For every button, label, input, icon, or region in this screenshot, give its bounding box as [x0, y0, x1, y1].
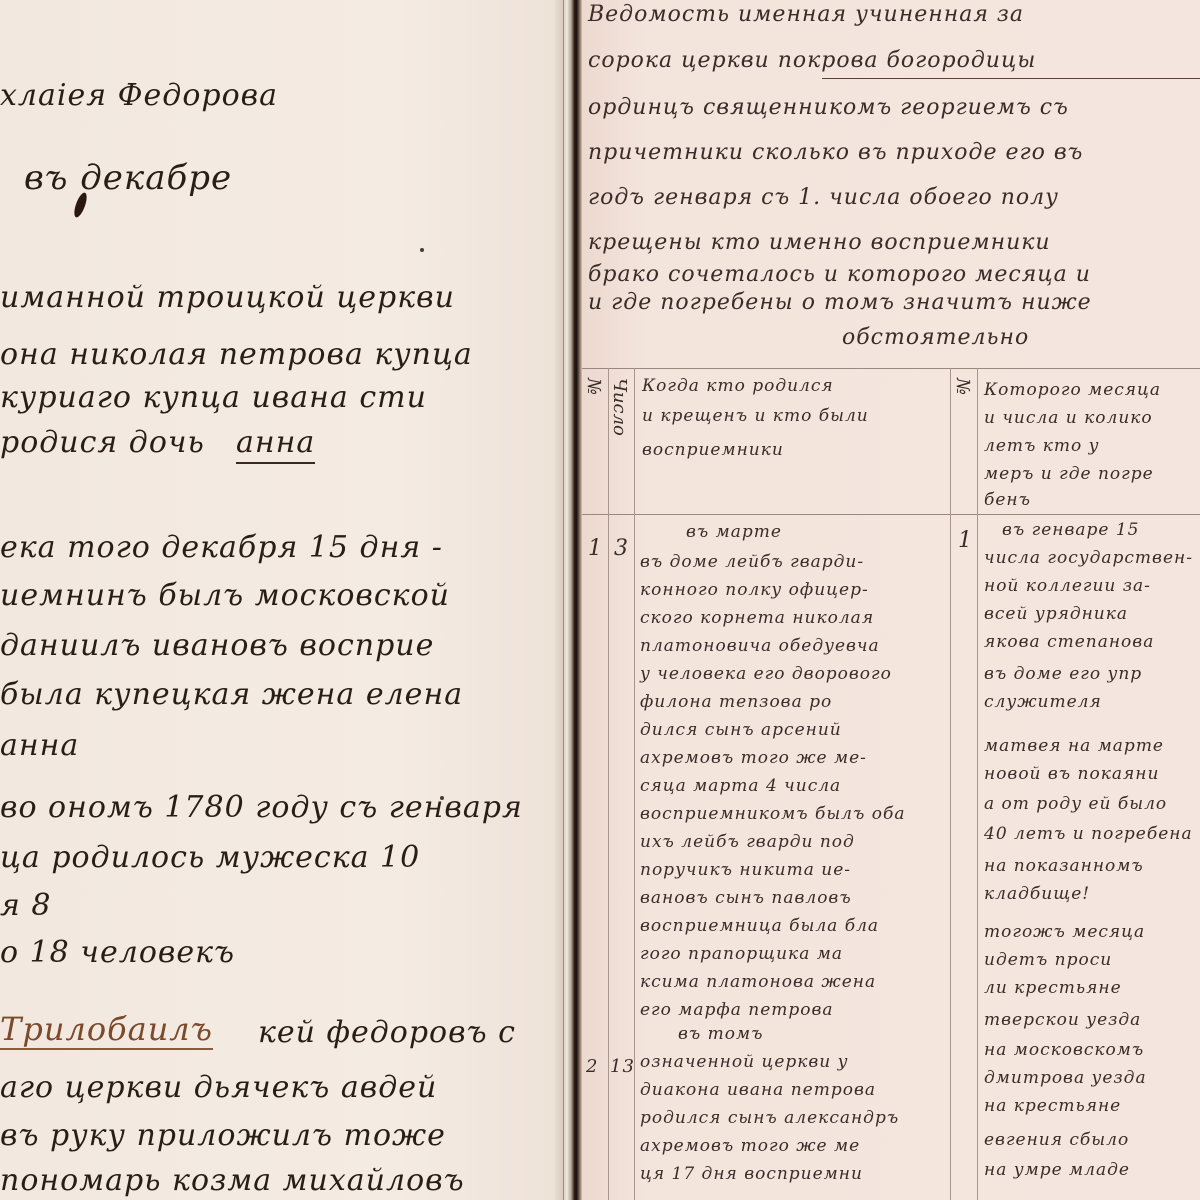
death-entry-line: ли крестьяне — [984, 978, 1122, 998]
death-entry-line: всей урядника — [984, 604, 1128, 624]
header-line: и где погребены о томъ значитъ ниже — [588, 290, 1092, 315]
birth-entry-line: въ марте — [686, 522, 782, 542]
birth-entry-line: вановъ сынъ павловъ — [640, 888, 852, 908]
header-deaths-line: Которого месяца — [984, 380, 1161, 400]
paper-speck — [420, 248, 424, 252]
birth-entry-line: ахремовъ того же ме — [640, 1136, 860, 1156]
header-underline — [822, 78, 1200, 79]
birth-entry-line: ахремовъ того же ме- — [640, 748, 867, 768]
header-line: причетники сколько въ приходе его въ — [588, 140, 1083, 165]
handwritten-line: куриаго купца ивана сти — [0, 380, 427, 415]
header-line: Ведомость именная учиненная за — [588, 2, 1024, 27]
death-entry-line: на московскомъ — [984, 1040, 1144, 1060]
row-day: 13 — [610, 1056, 635, 1077]
death-entry-line: въ доме его упр — [984, 664, 1142, 684]
table-top-rule — [582, 368, 1200, 369]
header-line: ординцъ священникомъ георгиемъ съ — [588, 95, 1069, 120]
header-line: брако сочеталось и которого месяца и — [588, 262, 1091, 287]
death-entry-line: на показанномъ — [984, 856, 1144, 876]
death-entry-line: дмитрова уезда — [984, 1068, 1147, 1088]
birth-entry-line: поручикъ никита ие- — [640, 860, 851, 880]
handwritten-line: анна — [0, 728, 79, 763]
header-day-col: Число — [609, 378, 630, 436]
death-entry-line: въ генваре 15 — [1002, 520, 1140, 540]
birth-entry-line: гого прапорщика ма — [640, 944, 843, 964]
handwritten-line: во ономъ 1780 году съ генваря — [0, 790, 523, 825]
death-entry-line: ной коллегии за- — [984, 576, 1151, 596]
death-row-number: 1 — [958, 528, 973, 553]
header-death-number-col: № — [952, 378, 973, 395]
birth-entry-line: ця 17 дня восприемни — [640, 1164, 863, 1184]
handwritten-line: пономарь козма михайловъ — [0, 1163, 465, 1198]
birth-entry-line: въ доме лейбъ гварди- — [640, 552, 864, 572]
row-number: 1 — [588, 536, 603, 561]
header-line: годъ генваря съ 1. числа обоего полу — [588, 185, 1059, 210]
death-entry-line: новой въ покаяни — [984, 764, 1159, 784]
header-line: крещены кто именно восприемники — [588, 230, 1051, 255]
table-header-rule — [582, 514, 1200, 515]
handwritten-line: въ руку приложилъ тоже — [0, 1118, 446, 1153]
birth-entry-line: филона тепзова ро — [640, 692, 832, 712]
header-line: обстоятельно — [842, 325, 1029, 350]
death-entry-line: тверскои уезда — [984, 1010, 1141, 1030]
handwritten-line: иманной троицкой церкви — [0, 280, 455, 315]
handwritten-line: была купецкая жена елена — [0, 677, 463, 712]
birth-entry-line: сяца марта 4 числа — [640, 776, 841, 796]
death-entry-line: 40 летъ и погребена — [984, 824, 1193, 844]
left-manuscript-page: хлаіея Федорова въ декабре иманной троиц… — [0, 0, 566, 1200]
death-entry-line: числа государствен- — [984, 548, 1193, 568]
death-entry-line: тогожъ месяца — [984, 922, 1145, 942]
row-number: 2 — [586, 1056, 598, 1077]
birth-entry-line: ихъ лейбъ гварди под — [640, 832, 855, 852]
column-divider — [608, 368, 609, 1200]
birth-entry-line: его марфа петрова — [640, 1000, 834, 1020]
birth-entry-line: родился сынъ александръ — [640, 1108, 899, 1128]
header-line: сорока церкви покрова богородицы — [588, 48, 1036, 73]
handwritten-line: родися дочь — [0, 425, 205, 460]
handwritten-line: даниилъ ивановъ восприе — [0, 628, 434, 663]
header-deaths-line: меръ и где погре — [984, 464, 1154, 484]
death-entry-line: идетъ проси — [984, 950, 1112, 970]
handwritten-line: ца родилось мужеска 10 — [0, 840, 420, 875]
birth-entry-line: дился сынъ арсений — [640, 720, 842, 740]
death-entry-line: евгения сбыло — [984, 1130, 1129, 1150]
book-gutter — [555, 0, 582, 1200]
death-entry-line: на умре младе — [984, 1160, 1130, 1180]
signature: Трилобаилъ — [0, 1010, 213, 1050]
death-entry-line: матвея на марте — [984, 736, 1164, 756]
header-deaths-line: летъ кто у — [984, 436, 1100, 456]
birth-entry-line: платоновича обедуевча — [640, 636, 880, 656]
header-births-line: Когда кто родился — [642, 376, 834, 396]
handwritten-line: въ декабре — [24, 158, 232, 198]
birth-entry-line: восприемникомъ былъ оба — [640, 804, 905, 824]
page-edge-line — [563, 0, 564, 1200]
header-births-line: и крещенъ и кто были — [642, 406, 869, 426]
death-entry-line: служителя — [984, 692, 1102, 712]
handwritten-line: аго церкви дьячекъ авдей — [0, 1070, 437, 1105]
death-entry-line: кладбище! — [984, 884, 1090, 904]
birth-entry-line: диакона ивана петрова — [640, 1080, 876, 1100]
paper-speck — [440, 796, 444, 800]
birth-entry-line: восприемница была бла — [640, 916, 879, 936]
birth-entry-line: въ томъ — [678, 1024, 763, 1044]
header-number-col: № — [583, 378, 604, 395]
handwritten-line: о 18 человекъ — [0, 935, 235, 970]
birth-entry-line: означенной церкви у — [640, 1052, 849, 1072]
birth-entry-line: ского корнета николая — [640, 608, 874, 628]
handwritten-line: она николая петрова купца — [0, 337, 473, 372]
birth-entry-line: у человека его дворового — [640, 664, 892, 684]
column-divider — [977, 368, 978, 1200]
handwritten-line: я 8 — [0, 888, 52, 923]
right-manuscript-page: Ведомость именная учиненная за сорока це… — [582, 0, 1200, 1200]
birth-entry-line: конного полку офицер- — [640, 580, 869, 600]
header-births-line: восприемники — [642, 440, 784, 460]
column-divider — [950, 368, 951, 1200]
handwritten-line: ека того декабря 15 дня - — [0, 530, 443, 565]
death-entry-line: якова степанова — [984, 632, 1154, 652]
handwritten-line: иемнинъ былъ московской — [0, 578, 450, 613]
handwritten-line: хлаіея Федорова — [0, 78, 278, 113]
death-entry-line: на крестьяне — [984, 1096, 1121, 1116]
header-deaths-line: бенъ — [984, 490, 1031, 510]
death-entry-line: а от роду ей было — [984, 794, 1167, 814]
birth-entry-line: ксима платонова жена — [640, 972, 876, 992]
handwritten-line: кей федоровъ с — [258, 1015, 516, 1050]
underlined-name: анна — [236, 425, 315, 464]
row-day: 3 — [614, 536, 629, 561]
header-deaths-line: и числа и колико — [984, 408, 1153, 428]
